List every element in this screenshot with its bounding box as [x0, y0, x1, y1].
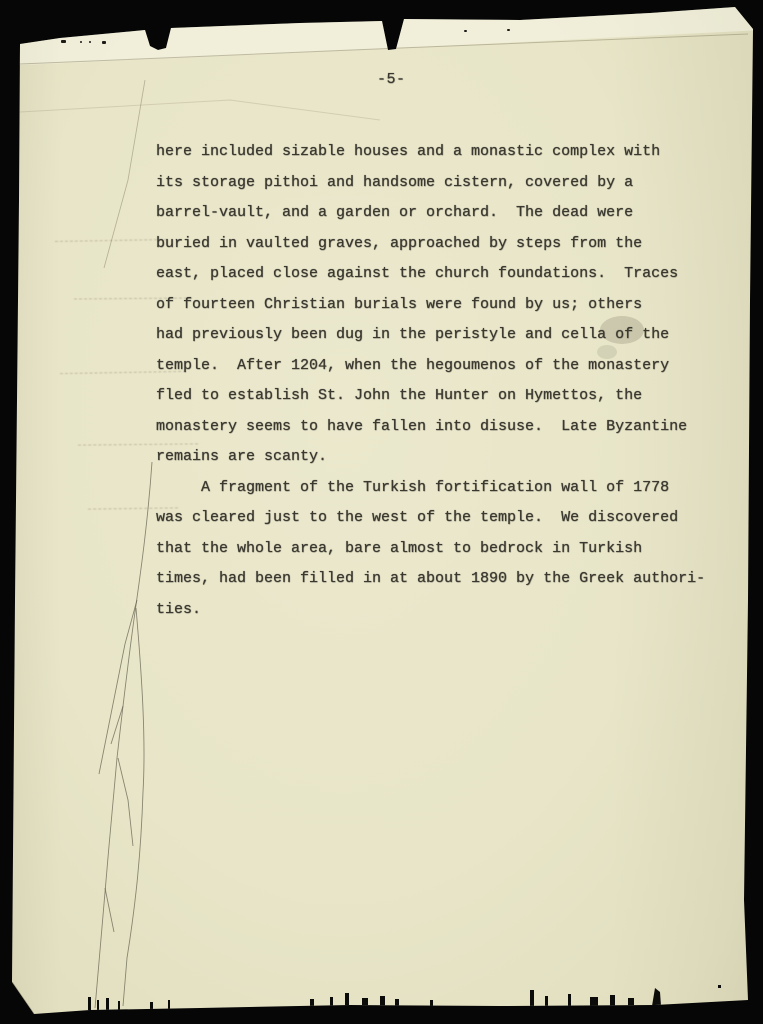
text-line: its storage pithoi and handsome cistern,…	[156, 168, 705, 199]
text-line: A fragment of the Turkish fortification …	[156, 473, 705, 504]
ragged-bottom-edge	[88, 985, 721, 1011]
text-line: that the whole area, bare almost to bedr…	[156, 534, 705, 565]
text-line: had previously been dug in the peristyle…	[156, 320, 705, 351]
edge-speck	[507, 29, 510, 31]
dog-ear-crease	[12, 982, 34, 1014]
text-line: barrel-vault, and a garden or orchard. T…	[156, 198, 705, 229]
text-line: of fourteen Christian burials were found…	[156, 290, 705, 321]
page-number: -5-	[377, 71, 406, 88]
text-line: temple. After 1204, when the hegoumenos …	[156, 351, 705, 382]
dog-ear-fold	[12, 982, 34, 1014]
text-line: buried in vaulted graves, approached by …	[156, 229, 705, 260]
body-text: here included sizable houses and a monas…	[156, 137, 705, 625]
text-line: remains are scanty.	[156, 442, 705, 473]
text-line: ties.	[156, 595, 705, 626]
text-line: fled to establish St. John the Hunter on…	[156, 381, 705, 412]
edge-speck	[89, 41, 91, 43]
text-line: was cleared just to the west of the temp…	[156, 503, 705, 534]
paper-crack	[95, 462, 152, 1008]
edge-speck	[80, 41, 82, 43]
top-fold-highlight	[0, 0, 763, 66]
text-line: monastery seems to have fallen into disu…	[156, 412, 705, 443]
edge-speck	[102, 41, 106, 44]
top-fold-crease	[20, 34, 748, 64]
edge-speck	[464, 30, 467, 32]
edge-speck	[61, 40, 66, 43]
ghost-impression-line	[55, 239, 167, 242]
text-line: here included sizable houses and a monas…	[156, 137, 705, 168]
paper-sheet: -5- here included sizable houses and a m…	[0, 0, 763, 1024]
top-fold-crease-2	[20, 100, 380, 120]
text-line: times, had been filled in at about 1890 …	[156, 564, 705, 595]
text-line: east, placed close against the church fo…	[156, 259, 705, 290]
scanned-page-photo: -5- here included sizable houses and a m…	[0, 0, 763, 1024]
